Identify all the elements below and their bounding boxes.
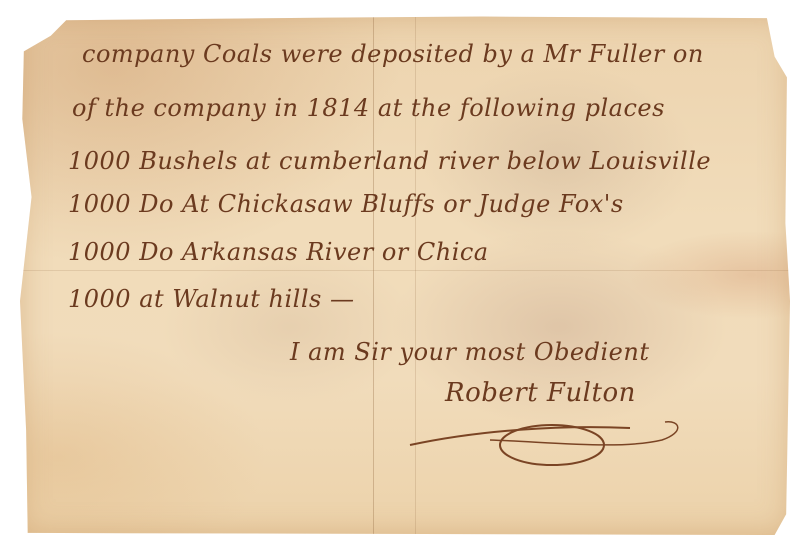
letter-line-2: of the company in 1814 at the following … xyxy=(72,94,665,122)
document-view: company Coals were deposited by a Mr Ful… xyxy=(0,0,800,556)
letter-line-5: 1000 Do Arkansas River or Chica xyxy=(68,238,489,266)
letter-signature: Robert Fulton xyxy=(445,378,636,408)
letter-line-4: 1000 Do At Chickasaw Bluffs or Judge Fox… xyxy=(68,190,624,218)
letter-line-1: company Coals were deposited by a Mr Ful… xyxy=(82,40,704,68)
letter-line-3: 1000 Bushels at cumberland river below L… xyxy=(68,147,711,175)
fold-crease-horizontal xyxy=(20,270,790,271)
letter-line-6: 1000 at Walnut hills — xyxy=(68,285,354,313)
fold-crease-vertical xyxy=(373,15,374,535)
letter-closing: I am Sir your most Obedient xyxy=(290,338,649,366)
signature-flourish-icon xyxy=(400,410,700,480)
